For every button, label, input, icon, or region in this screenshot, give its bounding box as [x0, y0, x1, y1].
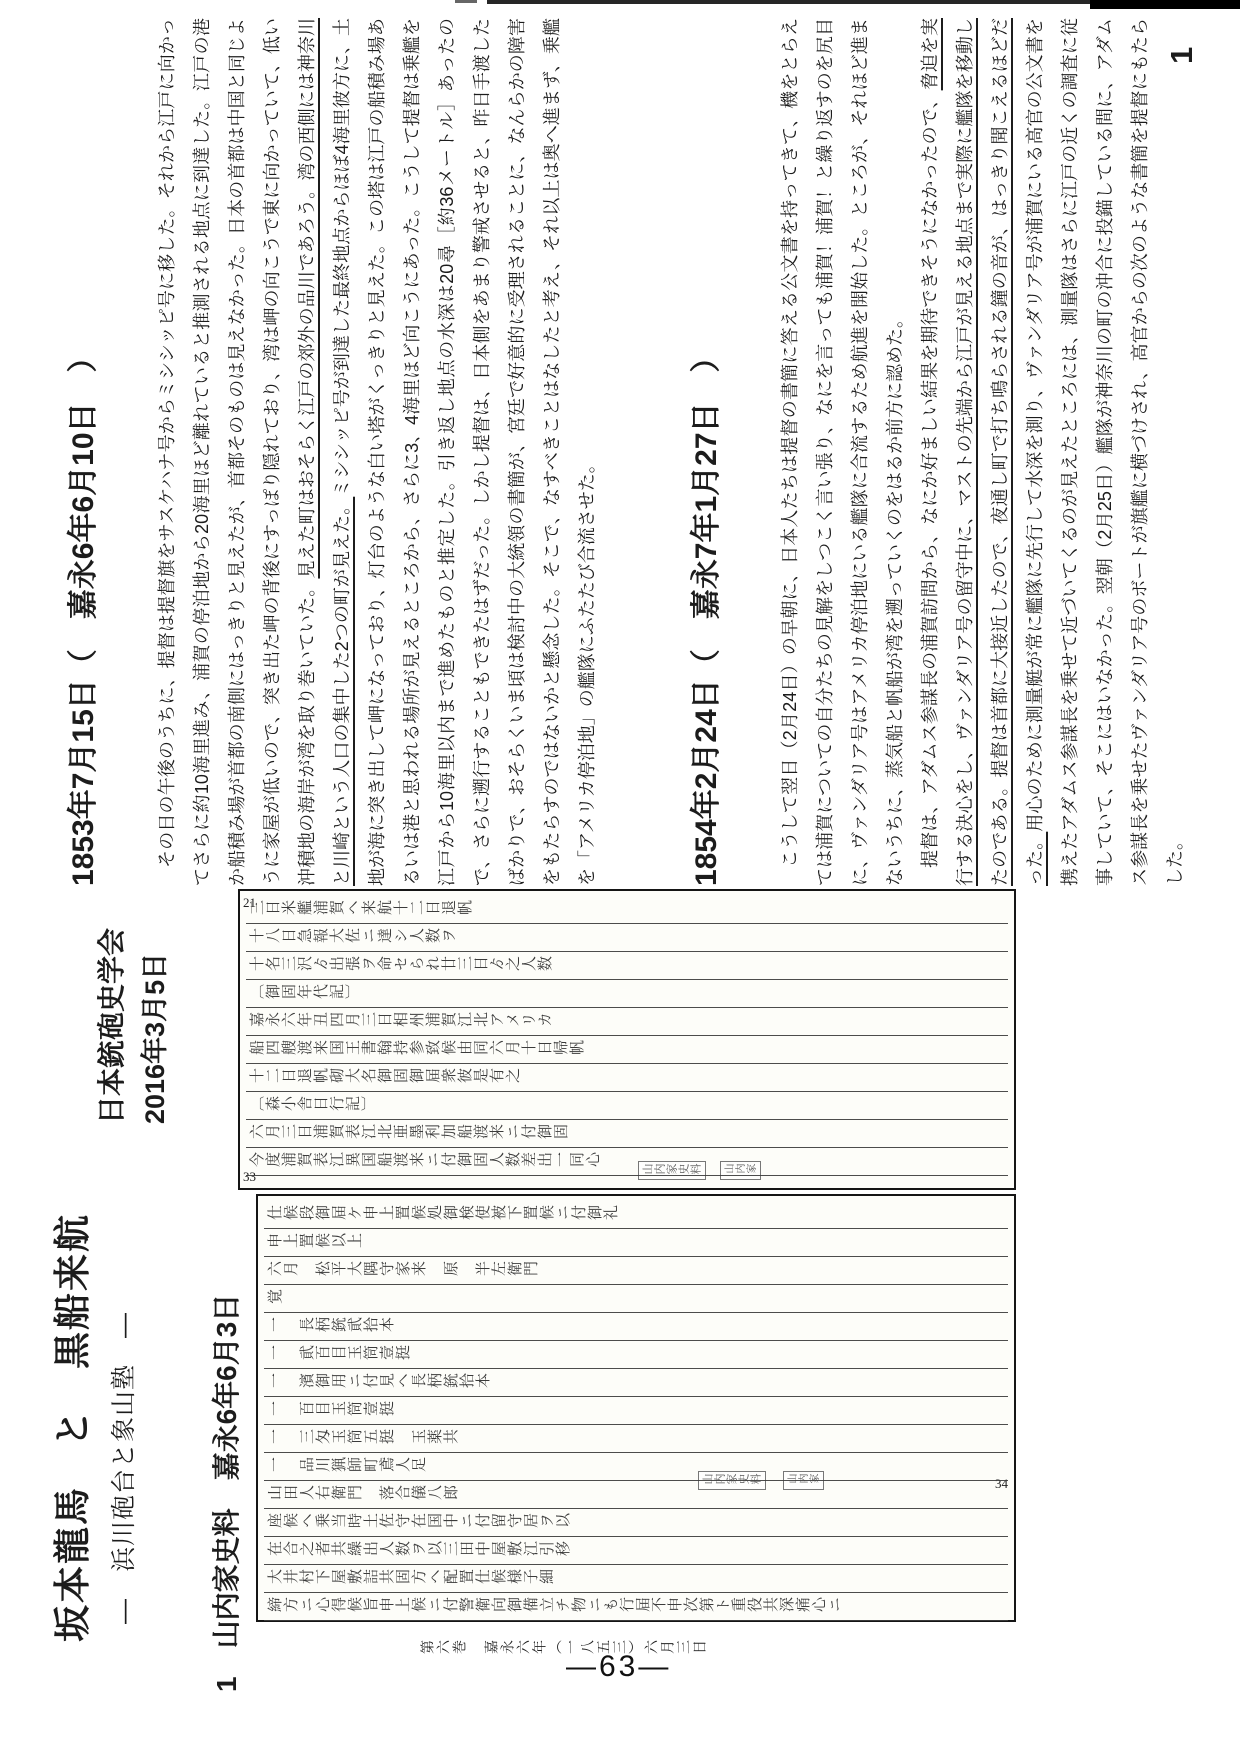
manuscript-column: 一 長柄銃貮拾本 — [264, 1313, 1008, 1341]
manuscript-column: 六月 松平大隅守家来 原 半左衛門 — [264, 1257, 1008, 1285]
body-text: 用心のために測量艇が常に艦隊に先行して水深を測り、ヴァンダリア号が浦賀にいる高官… — [1025, 18, 1185, 886]
body-text: ミシシッピ号が到達した最終地点からほぼ4海里彼方に、土地が海に突き出して岬になっ… — [332, 18, 597, 886]
manuscript-scan-1: 33 21 山内家史料 山内家 三日米艦浦賀ヘ来航十二日退帆十八日急報大佐ニ達シ… — [238, 889, 1016, 1190]
manuscript-column: 今度浦賀表江異国船渡来ニ付御固人数差出一同心 — [246, 1148, 1008, 1176]
manuscript-column: 十二日退帆砌大名御固御届衆彼是有之 — [246, 1064, 1008, 1092]
entry-paragraph: その日の午後のうちに、提督は提督旗をサスケハナ号からミシシッピ号に移した。それか… — [150, 18, 605, 886]
corner-page-number: 1 — [1164, 47, 1200, 64]
manuscript-column: 山田人右衛門 落合儀八郎 — [264, 1481, 1008, 1509]
section-heading: 1 山内家史料 嘉永6年6月3日 — [205, 1294, 245, 1692]
body-text: その日の午後のうちに、提督は提督旗をサスケハナ号からミシシッピ号に移した。それか… — [157, 18, 317, 886]
manuscript-column: 大井村下屋敷詰共固方ヘ配置仕候様子細 — [264, 1565, 1008, 1593]
manuscript-column: 仕候段御届ケ申上置候処御検使被下置候ニ付御礼 — [264, 1201, 1008, 1229]
manuscript-column: 十名三沢ゟ出張ヲ命セられ廿三日ゟ之人数 — [246, 952, 1008, 980]
presentation-date: 2016年3月5日 — [133, 953, 172, 1124]
scanned-document-page: 坂本龍馬 と 黒船来航 ― 浜川砲台と象山塾 ― 日本銃砲史学会 2016年3月… — [0, 0, 1240, 1754]
document-subtitle: ― 浜川砲台と象山塾 ― — [104, 1312, 140, 1624]
date-entry: 1853年7月15日（ 嘉永6年6月10日 ） その日の午後のうちに、提督は提督… — [58, 18, 605, 886]
manuscript-column: 一 百目玉筒壹挺 — [264, 1397, 1008, 1425]
manuscript-column: 一 品川猟師町鳶人足 — [264, 1453, 1008, 1481]
scan-edge-artifact — [455, 0, 477, 3]
entry-date-heading: 1854年2月24日（ 嘉永7年1月27日 ） — [681, 18, 725, 886]
date-entry: 1854年2月24日（ 嘉永7年1月27日 ） こうして翌日（2月24日）の早朝… — [681, 18, 1193, 886]
entry-paragraph: 提督は、アダムス参謀長の浦賀訪問から、なにか好ましい結果を期待できそうになかった… — [913, 18, 1193, 886]
manuscript-scan-2: 34 山内家史料 山内家 仕候段御届ケ申上置候処御検使被下置候ニ付御礼申上置候以… — [256, 1194, 1016, 1622]
journal-entries: 1853年7月15日（ 嘉永6年6月10日 ） その日の午後のうちに、提督は提督… — [58, 18, 1193, 886]
rotated-landscape-content: 坂本龍馬 と 黒船来航 ― 浜川砲台と象山塾 ― 日本銃砲史学会 2016年3月… — [0, 0, 1240, 1754]
book-page-number: —63— — [566, 1650, 671, 1684]
manuscript-column: 一 三匁玉筒五挺 玉薬共 — [264, 1425, 1008, 1453]
scan-edge-artifact — [487, 0, 1092, 4]
manuscript-column: 三日米艦浦賀ヘ来航十二日退帆 — [246, 896, 1008, 924]
manuscript-column: 申上置候以上 — [264, 1229, 1008, 1257]
entry-paragraph: こうして翌日（2月24日）の早朝に、日本人たちは提督の書簡に答える公文書を持って… — [773, 18, 913, 886]
manuscript-column: 船四艘渡来国王書翰持参致候由同六月十日帰帆 — [246, 1036, 1008, 1064]
manuscript-column: 一 濱御用ニ付見ヘ長柄銃拾本 — [264, 1369, 1008, 1397]
document-title: 坂本龍馬 と 黒船来航 — [42, 1213, 96, 1642]
scan-edge-artifact — [1090, 0, 1240, 9]
manuscript-column: 〔御固年代記〕 — [246, 980, 1008, 1008]
manuscript-column: 覚 — [264, 1285, 1008, 1313]
manuscript-column: 在合之者共繰出人数ヲ以三田中屋敷江引移 — [264, 1537, 1008, 1565]
manuscript-column: 嘉永六年丑四月三日相州浦賀江北アメリカ — [246, 1008, 1008, 1036]
entry-date-heading: 1853年7月15日（ 嘉永6年6月10日 ） — [58, 18, 102, 886]
manuscript-column: 〔森小舎日行記〕 — [246, 1092, 1008, 1120]
organization-name: 日本銃砲史学会 — [90, 928, 130, 1124]
body-text: 提督は、アダムス参謀長の浦賀訪問から、なにか好ましい結果を期待できそうになかった… — [920, 90, 940, 886]
manuscript-column: 座候ヘ乗当時土佐守在国中ニ付留守居ヲ以 — [264, 1509, 1008, 1537]
manuscript-column: 十八日急報大佐ニ達シ人数ヲ — [246, 924, 1008, 952]
body-text: こうして翌日（2月24日）の早朝に、日本人たちは提督の書簡に答える公文書を持って… — [780, 18, 905, 886]
manuscript-column: 六月三日浦賀表江北亜墨利加船渡来ニ付御固 — [246, 1120, 1008, 1148]
manuscript-column: 一 貮百目玉筒壹挺 — [264, 1341, 1008, 1369]
manuscript-column: 締方ニ心得候旨申上候ニ付警衛向御備立チ物ニも行届不申次第ト重役共深痛心ニ — [264, 1593, 1008, 1621]
